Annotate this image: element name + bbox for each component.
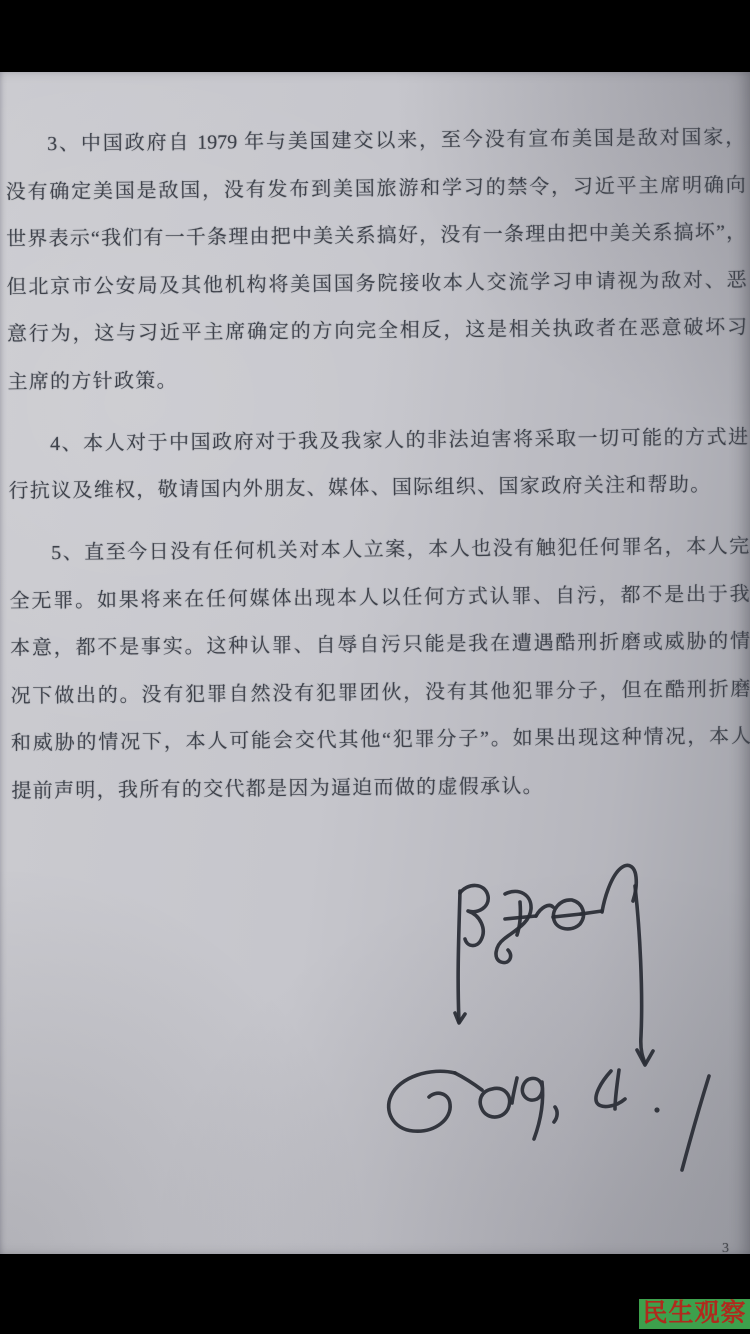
letterbox-bottom (0, 1254, 750, 1334)
text-line: 4、本人对于中国政府对于我及我家人的非法迫害将采取一切可能的方式进 (8, 414, 748, 469)
text-line: 提前声明，我所有的交代都是因为逼迫而做的虚假承认。 (11, 761, 750, 816)
text-line: 况下做出的。没有犯罪自然没有犯罪团伙，没有其他犯罪分子，但在酷刑折磨 (10, 666, 750, 721)
watermark-label: 民生观察 (639, 1299, 750, 1329)
paragraph-5: 5、直至今日没有任何机关对本人立案，本人也没有触犯任何罪名，本人完 全无罪。如果… (9, 523, 750, 815)
paragraph-3: 3、中国政府自 1979 年与美国建交以来，至今没有宣布美国是敌对国家， 没有确… (5, 114, 748, 406)
text-line: 但北京市公安局及其他机构将美国国务院接收本人交流学习申请视为敌对、恶 (6, 257, 746, 312)
signature-name-strokes (455, 865, 653, 1065)
text-line: 世界表示“我们有一千条理由把中美关系搞好，没有一条理由把中美关系搞坏”， (6, 209, 746, 264)
paragraph-4: 4、本人对于中国政府对于我及我家人的非法迫害将采取一切可能的方式进 行抗议及维权… (8, 414, 749, 516)
text-line: 5、直至今日没有任何机关对本人立案，本人也没有触犯任何罪名，本人完 (9, 523, 749, 578)
text-line: 主席的方针政策。 (7, 352, 747, 407)
text-line: 没有确定美国是敌国，没有发布到美国旅游和学习的禁令，习近平主席明确向 (5, 162, 745, 217)
text-line: 行抗议及维权，敬请国内外朋友、媒体、国际组织、国家政府关注和帮助。 (8, 461, 748, 516)
text-line: 和威胁的情况下，本人可能会交代其他“犯罪分子”。如果出现这种情况，本人 (11, 713, 750, 768)
document-photo: 3、中国政府自 1979 年与美国建交以来，至今没有宣布美国是敌对国家， 没有确… (0, 72, 750, 1254)
text-line: 本意，都不是事实。这种认罪、自辱自污只能是我在遭遇酷刑折磨或威胁的情 (10, 618, 750, 673)
page-number: 3 (722, 1241, 729, 1254)
text-line: 全无罪。如果将来在任何媒体出现本人以任何方式认罪、自污，都不是出于我 (9, 571, 749, 626)
screenshot-root: 3、中国政府自 1979 年与美国建交以来，至今没有宣布美国是敌对国家， 没有确… (0, 0, 750, 1334)
text-line: 意行为，这与习近平主席确定的方向完全相反，这是相关执政者在恶意破坏习 (7, 304, 747, 359)
text-line: 3、中国政府自 1979 年与美国建交以来，至今没有宣布美国是敌对国家， (5, 114, 745, 169)
letterbox-top (0, 0, 750, 72)
signature-scrawl (350, 852, 730, 1232)
document-text: 3、中国政府自 1979 年与美国建交以来，至今没有宣布美国是敌对国家， 没有确… (5, 114, 750, 815)
